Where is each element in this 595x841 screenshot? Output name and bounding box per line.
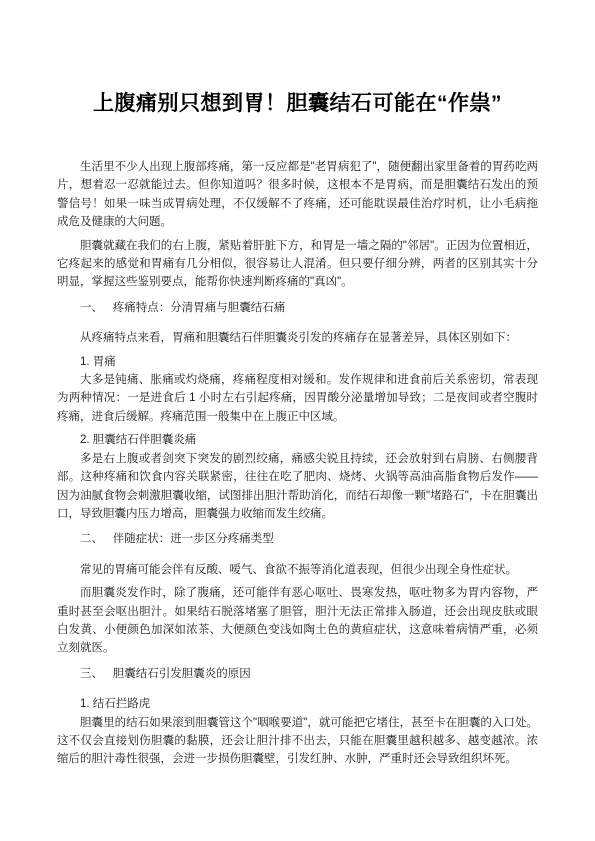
section-2-title: 伴随症状：进一步区分疼痛类型 bbox=[113, 533, 274, 545]
section-3-heading: 三、胆囊结石引发胆囊炎的原因 bbox=[57, 665, 538, 683]
section-1-numeral: 一、 bbox=[80, 302, 103, 314]
section-3-title: 胆囊结石引发胆囊炎的原因 bbox=[113, 668, 251, 680]
section-2-heading: 二、伴随症状：进一步区分疼痛类型 bbox=[57, 530, 538, 548]
intro-paragraph-1: 生活里不少人出现上腹部疼痛，第一反应都是"老胃病犯了"，随便翻出家里备着的胃药吃… bbox=[57, 158, 538, 232]
section-1-item-1-body: 大多是钝痛、胀痛或灼烧痛，疼痛程度相对缓和。发作规律和进食前后关系密切，常表现为… bbox=[57, 371, 538, 426]
section-1-item-2-label: 2. 胆囊结石伴胆囊炎痛 bbox=[57, 431, 538, 449]
page-title: 上腹痛别只想到胃！胆囊结石可能在“作祟” bbox=[57, 90, 538, 118]
intro-paragraph-2: 胆囊就藏在我们的右上腹，紧贴着肝脏下方，和胃是一墙之隔的"邻居"。正因为位置相近… bbox=[57, 237, 538, 292]
section-1-lead-paragraph: 从疼痛特点来看，胃痛和胆囊结石伴胆囊炎引发的疼痛存在显著差异，具体区别如下： bbox=[57, 329, 538, 347]
section-1-item-2-body: 多是右上腹或者剑突下突发的剧烈绞痛，痛感尖锐且持续，还会放射到右肩膀、右侧腰背部… bbox=[57, 450, 538, 524]
section-3-numeral: 三、 bbox=[80, 668, 103, 680]
section-1-heading: 一、疼痛特点：分清胃痛与胆囊结石痛 bbox=[57, 299, 538, 317]
section-2-paragraph-1: 常见的胃痛可能会伴有反酸、嗳气、食欲不振等消化道表现，但很少出现全身性症状。 bbox=[57, 561, 538, 579]
section-3-item-1-body: 胆囊里的结石如果滚到胆囊管这个"咽喉要道"，就可能把它堵住，甚至卡在胆囊的入口处… bbox=[57, 714, 538, 769]
section-2-paragraph-2: 而胆囊炎发作时，除了腹痛，还可能伴有恶心呕吐、畏寒发热，呕吐物多为胃内容物，严重… bbox=[57, 584, 538, 658]
section-1-item-1-label: 1. 胃痛 bbox=[57, 353, 538, 371]
section-1-title: 疼痛特点：分清胃痛与胆囊结石痛 bbox=[113, 302, 286, 314]
section-2-numeral: 二、 bbox=[80, 533, 103, 545]
section-3-item-1-label: 1. 结石拦路虎 bbox=[57, 695, 538, 713]
document-page: 上腹痛别只想到胃！胆囊结石可能在“作祟” 生活里不少人出现上腹部疼痛，第一反应都… bbox=[0, 0, 595, 841]
